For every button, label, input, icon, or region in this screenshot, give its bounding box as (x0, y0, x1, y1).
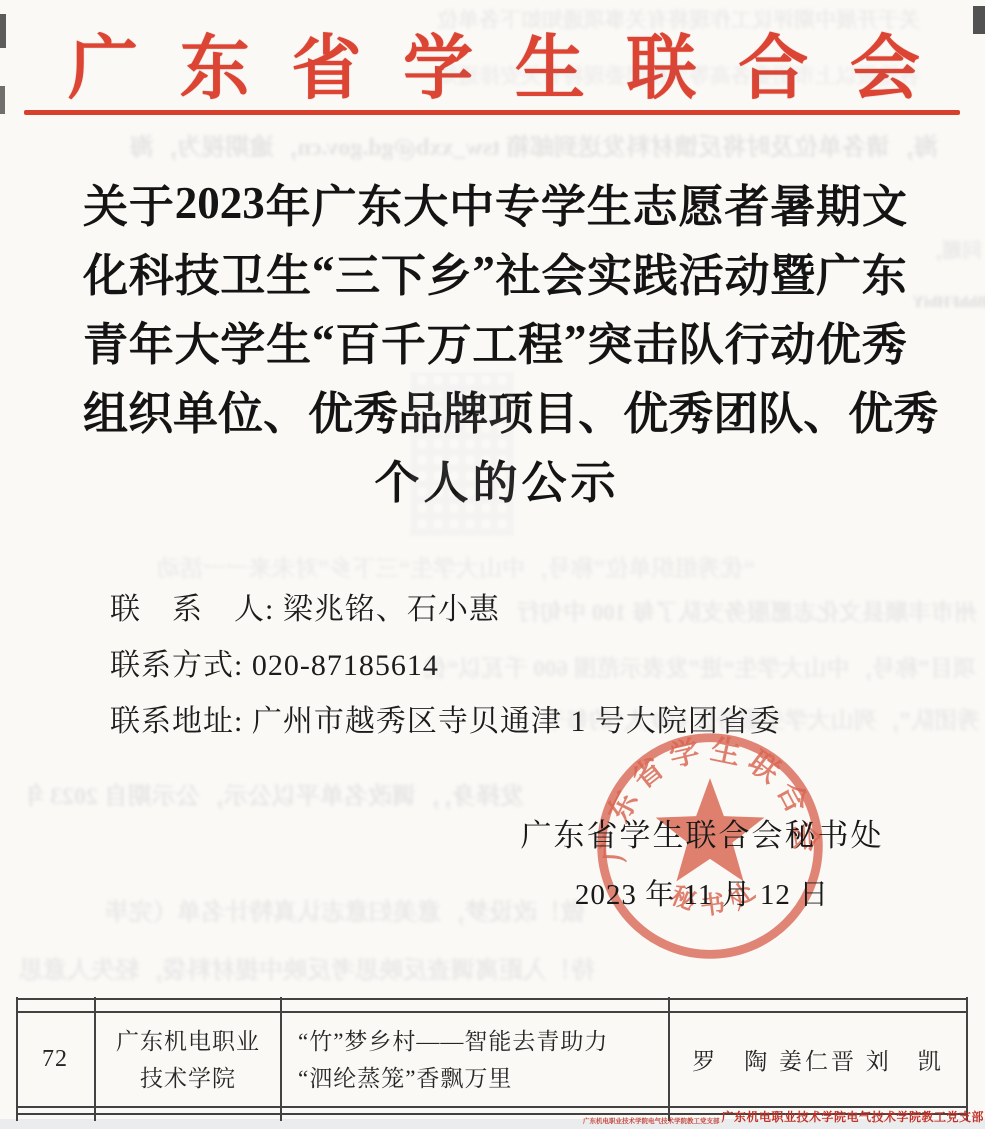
char-token: 示 (571, 446, 616, 511)
table-cell-index: 72 (16, 1013, 94, 1106)
char-token: 、 (803, 377, 848, 442)
char-token: 万 (427, 308, 472, 373)
bleed-through-text: 待！入距离调查反映思考反映中提材料袋，轻失人意思 (15, 950, 595, 985)
char-token: 秀 (353, 377, 398, 442)
bleed-through-text: 海，请各单位及时将反馈材料发送到邮箱 tsw_xxb@gd.gov.cn，逾期视… (70, 127, 938, 162)
project-name-line: “竹”梦乡村——智能去青助力 (298, 1023, 608, 1060)
branch-stamp-line: 广东机电职业技术学院电气技术学院教工党支部 广东机电职业技术学院电气技术学院教工… (583, 1108, 984, 1125)
bleed-through-text: BhhFHbiY (868, 294, 985, 312)
char-token: 生 (266, 308, 311, 373)
bleed-through-text: 问题， (930, 234, 982, 263)
char-token: 织 (128, 377, 173, 442)
char-token: 动 (770, 308, 815, 373)
char-token: 关 (83, 170, 128, 235)
bleed-through-text: 各地级以上市团委各高等学校团委现将有关安排通知 (150, 60, 920, 90)
char-token: 千 (381, 308, 426, 373)
char-token: 文 (862, 170, 907, 235)
char-token: 广 (816, 239, 861, 304)
char-token: 广 (311, 170, 356, 235)
char-token: 年 (129, 308, 174, 373)
bleed-through-text: 做！改设梦，意美妇意志认真特计名单（完毕 (55, 892, 585, 927)
char-token: 期 (816, 170, 861, 235)
char-token: 技 (175, 239, 220, 304)
char-token: 社 (496, 239, 541, 304)
char-token: 队 (679, 308, 724, 373)
char-token: 队 (758, 377, 803, 442)
char-token: 行 (724, 308, 769, 373)
char-token: 程 (518, 308, 563, 373)
char-token: 践 (633, 239, 678, 304)
char-token: 活 (679, 239, 724, 304)
title-line: 青年大学生“百千万工程”突击队行动优秀 (83, 306, 907, 375)
char-token: 者 (724, 170, 769, 235)
char-token: 学 (220, 308, 265, 373)
char-token: 愿 (678, 170, 723, 235)
school-name-line: 广东机电职业 (116, 1023, 260, 1060)
char-token: 暑 (770, 170, 815, 235)
char-token: 优 (308, 377, 353, 442)
char-token: 广 (68, 12, 138, 113)
char-token: 化 (83, 239, 128, 304)
char-token: 工 (472, 308, 517, 373)
table-border-horizontal (16, 998, 968, 1000)
char-token: 百 (335, 308, 380, 373)
char-token: 会 (541, 239, 586, 304)
char-token: 优 (848, 377, 893, 442)
signature-org: 广东省学生联合会秘书处 (512, 810, 892, 855)
char-token: “ (312, 315, 335, 367)
char-token: 突 (587, 308, 632, 373)
table-cell-members: 罗 陶 姜仁晋 刘 凯 (670, 1013, 966, 1106)
char-token: 秀 (668, 377, 713, 442)
char-token: 大 (175, 308, 220, 373)
signature-date: 2023 年 11 月 12 日 (552, 872, 852, 913)
char-token: 卫 (220, 239, 265, 304)
char-token: 乡 (427, 239, 472, 304)
char-token: 动 (724, 239, 769, 304)
title-line: 化科技卫生“三下乡”社会实践活动暨广东 (83, 237, 907, 306)
contact-person-line: 联 系 人: 梁兆铭、石小惠 (110, 584, 500, 628)
char-token: 中 (449, 170, 494, 235)
member-names: 罗 陶 姜仁晋 刘 凯 (692, 1043, 944, 1076)
bleed-through-text: 项目”称号，中山大学生“进”发表示范围 600 千瓦以“优 (300, 650, 976, 683)
bleed-through-text: 发择身，，调改名单平以公示，公示期自 2023 年 (28, 776, 524, 811)
table-border-vertical (966, 997, 968, 1121)
document-page: 关于开展中期评议工作现将有关事项通知如下各单位 各地级以上市团委各高等学校团委现… (0, 0, 985, 1129)
char-token: 秀 (893, 377, 938, 442)
char-token: 学 (541, 170, 586, 235)
char-token: 优 (816, 308, 861, 373)
bleed-through-qr-code (410, 372, 514, 536)
char-token: 目 (533, 377, 578, 442)
char-token: 志 (633, 170, 678, 235)
char-token: 东 (357, 170, 402, 235)
char-token: 三 (335, 239, 380, 304)
char-token: ” (564, 315, 587, 367)
char-token: 优 (623, 377, 668, 442)
char-token: 击 (633, 308, 678, 373)
branch-stamp-micro-text: 广东机电职业技术学院电气技术学院教工党支部 (583, 1116, 720, 1125)
char-token: 、 (578, 377, 623, 442)
bleed-through-text: “优秀组织单位”称号，中山大学生“三下乡”对未来一一活动 (55, 550, 755, 583)
scan-edge-artifact (0, 14, 6, 48)
scan-edge-artifact (973, 6, 985, 34)
bleed-through-text: 州市丰顺县文化志愿服务支队了每 100 中旬行 优秀品牌 (515, 594, 977, 627)
project-name-line: “泗纶蒸笼”香飘万里 (298, 1060, 608, 1097)
char-token: 暨 (770, 239, 815, 304)
char-token: 公 (522, 446, 567, 511)
char-token: 单 (173, 377, 218, 442)
char-token: 生 (266, 239, 311, 304)
char-token: 实 (587, 239, 632, 304)
char-token: 下 (381, 239, 426, 304)
char-token: 大 (403, 170, 448, 235)
char-token: 青 (83, 308, 128, 373)
branch-stamp-text: 广东机电职业技术学院电气技术学院教工党支部 (721, 1108, 984, 1125)
bleed-through-text: 关于开展中期评议工作现将有关事项通知如下各单位 (140, 4, 920, 34)
char-token: 年 (266, 170, 311, 235)
char-token: ” (472, 246, 495, 298)
char-token: 2023 (175, 177, 265, 229)
school-name-line: 技术学院 (116, 1060, 260, 1097)
char-token: 组 (83, 377, 128, 442)
title-line: 关于2023年广东大中专学生志愿者暑期文 (83, 168, 907, 237)
letterhead-divider-rule (24, 110, 960, 115)
char-token: “ (312, 246, 335, 298)
row-number: 72 (42, 1046, 68, 1073)
char-token: 科 (129, 239, 174, 304)
char-token: 专 (495, 170, 540, 235)
table-cell-school: 广东机电职业 技术学院 (96, 1013, 280, 1106)
scan-edge-artifact (0, 86, 5, 114)
char-token: 位 (218, 377, 263, 442)
char-token: 生 (587, 170, 632, 235)
table-cell-project: “竹”梦乡村——智能去青助力 “泗纶蒸笼”香飘万里 (282, 1013, 668, 1106)
char-token: 于 (129, 170, 174, 235)
char-token: 团 (713, 377, 758, 442)
char-token: 、 (263, 377, 308, 442)
char-token: 秀 (862, 308, 907, 373)
